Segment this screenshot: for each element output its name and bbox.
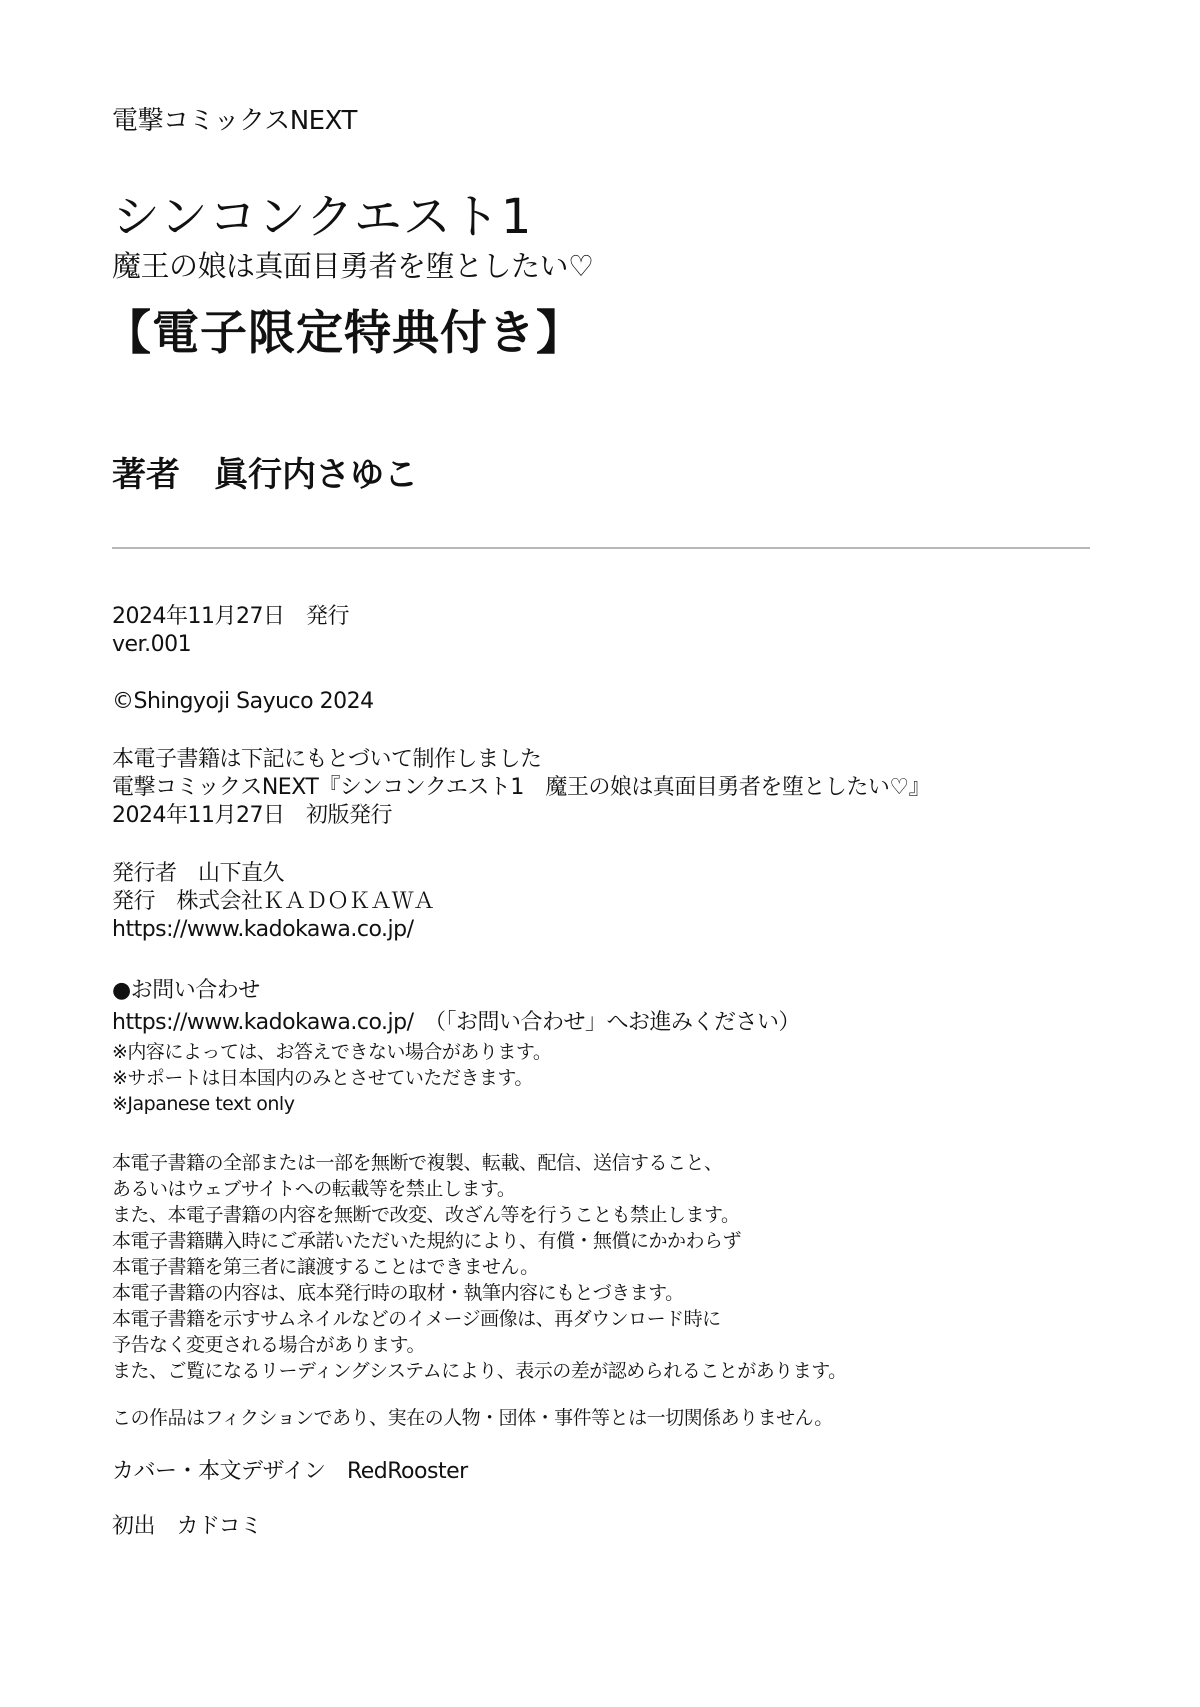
publisher-company: 発行 株式会社ＫＡＤＯＫＡＷＡ <box>112 888 435 916</box>
version: ver.001 <box>112 631 349 659</box>
legal-notice: 本電子書籍の全部または一部を無断で複製、転載、配信、送信すること、 あるいはウェ… <box>112 1150 847 1384</box>
inquiry-section: ●お問い合わせ https://www.kadokawa.co.jp/ （「お問… <box>112 975 800 1117</box>
imprint-label: 電撃コミックスNEXT <box>112 100 357 137</box>
colophon-page: 電撃コミックスNEXT シンコンクエスト1 魔王の娘は真面目勇者を堕としたい♡ … <box>0 0 1200 1707</box>
design-credit: カバー・本文デザイン RedRooster <box>112 1458 468 1486</box>
book-subtitle: 魔王の娘は真面目勇者を堕としたい♡ <box>112 244 594 285</box>
publisher-info: 発行者 山下直久 発行 株式会社ＫＡＤＯＫＡＷＡ https://www.kad… <box>112 860 435 944</box>
publish-info: 2024年11月27日 発行 ver.001 <box>112 603 349 659</box>
fiction-notice: この作品はフィクションであり、実在の人物・団体・事件等とは一切関係ありません。 <box>112 1405 833 1431</box>
publish-date: 2024年11月27日 発行 <box>112 603 349 631</box>
copyright: ©Shingyoji Sayuco 2024 <box>112 688 374 716</box>
publisher-url[interactable]: https://www.kadokawa.co.jp/ <box>112 916 435 944</box>
publisher-person: 発行者 山下直久 <box>112 860 435 888</box>
first-appearance: 初出 カドコミ <box>112 1513 262 1541</box>
divider <box>112 547 1090 549</box>
author-line: 著者眞行内さゆこ <box>112 447 418 496</box>
book-title: シンコンクエスト1 <box>112 178 532 247</box>
author-label: 著者 <box>112 455 180 495</box>
edition-note: 【電子限定特典付き】 <box>104 296 584 363</box>
author-name: 眞行内さゆこ <box>214 455 418 495</box>
inquiry-url[interactable]: https://www.kadokawa.co.jp/ （「お問い合わせ」へお進… <box>112 1007 800 1039</box>
source-note: 本電子書籍は下記にもとづいて制作しました 電撃コミックスNEXT『シンコンクエス… <box>112 746 930 830</box>
inquiry-heading: ●お問い合わせ <box>112 975 800 1007</box>
